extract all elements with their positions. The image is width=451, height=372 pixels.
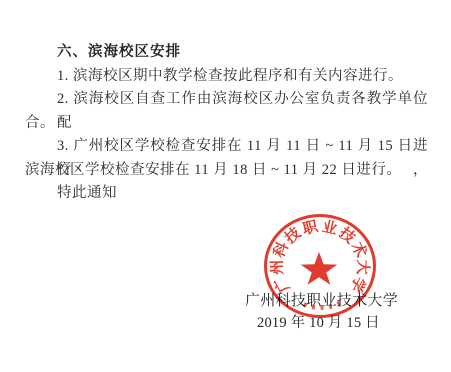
- notice-line-5: 滨海校区学校检查安排在 11 月 18 日 ~ 11 月 22 日进行。: [25, 159, 428, 183]
- seal-serial-mark: [328, 304, 332, 309]
- notice-page: { "document": { "heading": "六、滨海校区安排", "…: [0, 0, 451, 372]
- seal-serial-mark: [320, 305, 323, 310]
- notice-body: 六、滨海校区安排 1. 滨海校区期中教学检查按此程序和有关内容进行。 2. 滨海…: [25, 41, 428, 206]
- notice-line-2: 2. 滨海校区自查工作由滨海校区办公室负责各教学单位配: [25, 88, 428, 112]
- notice-line-1: 1. 滨海校区期中教学检查按此程序和有关内容进行。: [25, 65, 428, 89]
- official-seal: 广州科技职业技术大学: [264, 214, 376, 318]
- notice-line-4: 3. 广州校区学校检查安排在 11 月 11 日 ~ 11 月 15 日进行，: [25, 135, 428, 159]
- section-heading: 六、滨海校区安排: [25, 41, 428, 65]
- seal-serial-mark: [311, 305, 315, 310]
- notice-closing: 特此通知: [25, 182, 428, 206]
- notice-line-3: 合。: [25, 112, 428, 136]
